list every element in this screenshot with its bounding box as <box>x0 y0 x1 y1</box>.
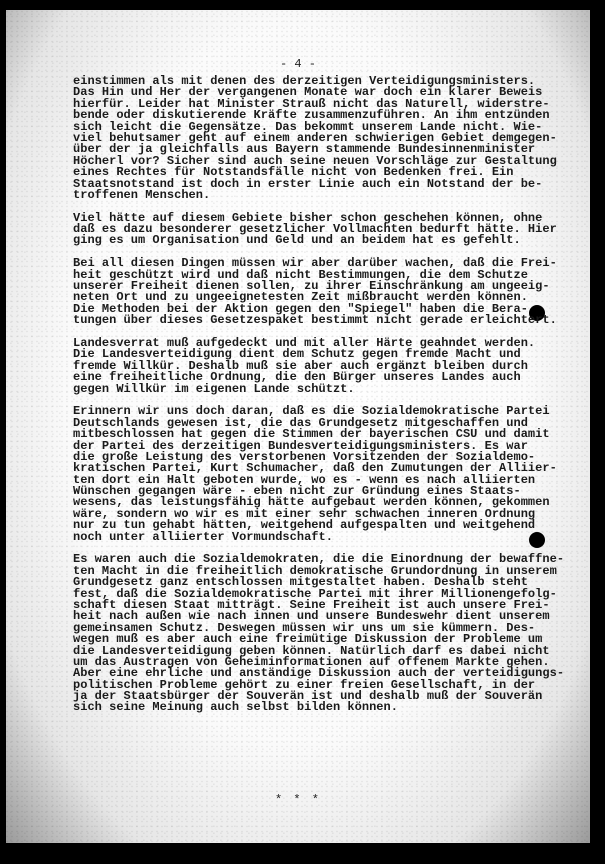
paragraph: einstimmen als mit denen des derzeitigen… <box>73 76 590 201</box>
end-mark: * * * <box>6 793 590 807</box>
text-line: gegen Willkür im eigenen Lande schützt. <box>73 384 590 395</box>
document-body: einstimmen als mit denen des derzeitigen… <box>73 76 590 725</box>
text-line: tungen über dieses Gesetzespaket bestimm… <box>73 315 590 326</box>
page-number: - 4 - <box>6 57 590 71</box>
text-line: sich seine Meinung auch selbst bilden kö… <box>73 702 590 713</box>
text-line: ging es um Organisation und Geld und an … <box>73 235 590 246</box>
paragraph: Erinnern wir uns doch daran, daß es die … <box>73 406 590 543</box>
paragraph: Landesverrat muß aufgedeckt und mit alle… <box>73 338 590 395</box>
paragraph: Viel hätte auf diesem Gebiete bisher sch… <box>73 213 590 247</box>
paragraph: Bei all diesen Dingen müssen wir aber da… <box>73 258 590 326</box>
paragraph: Es waren auch die Sozialdemokraten, die … <box>73 554 590 713</box>
typewritten-page: - 4 - einstimmen als mit denen des derze… <box>6 10 590 843</box>
text-line: noch unter alliierter Vormundschaft. <box>73 532 590 543</box>
text-line: troffenen Menschen. <box>73 190 590 201</box>
